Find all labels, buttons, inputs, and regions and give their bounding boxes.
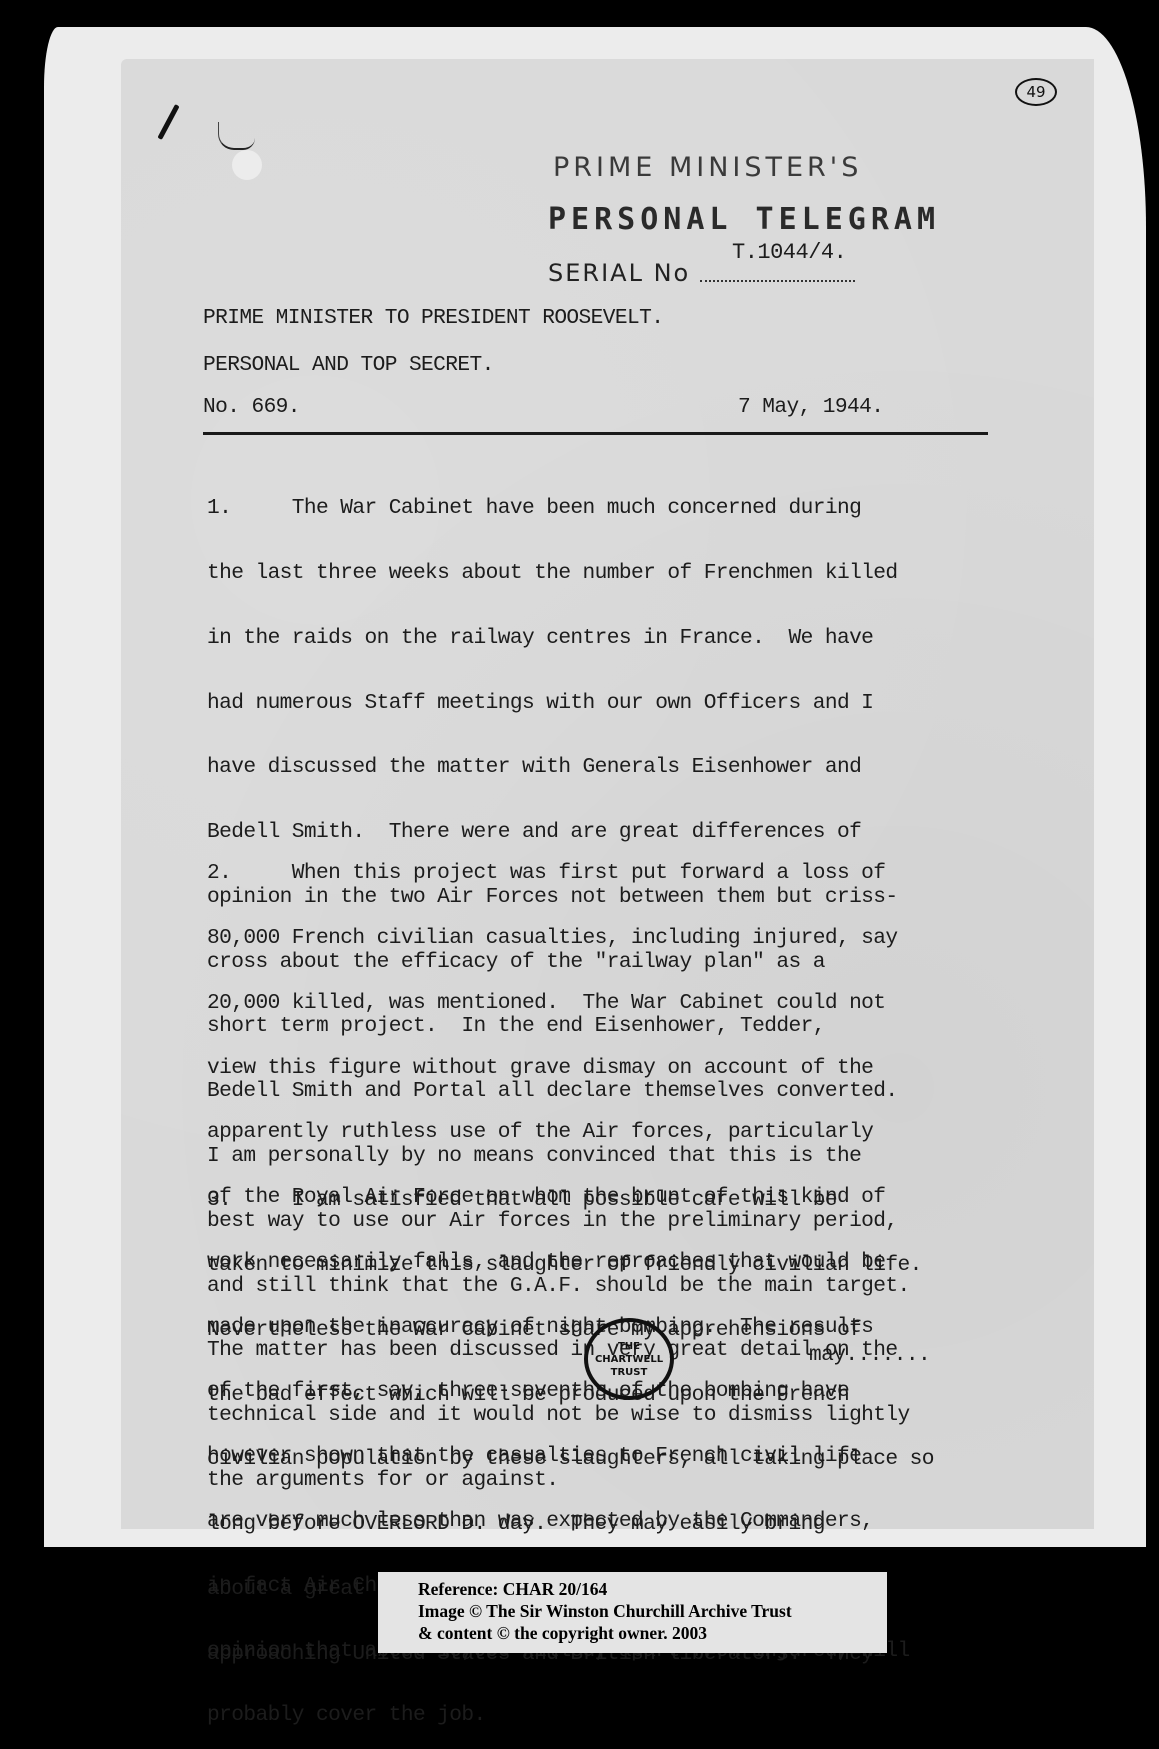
image-credit-text: Image © The Sir Winston Churchill Archiv… <box>418 1600 887 1622</box>
header-divider <box>203 432 988 435</box>
stamp-line: CHARTWELL <box>588 1353 670 1366</box>
telegram-date: 7 May, 1944. <box>738 395 883 419</box>
text-line: taken to minimize this slaughter of frie… <box>207 1255 934 1277</box>
serial-label: SERIAL No <box>548 259 690 287</box>
archive-caption: Reference: CHAR 20/164 Image © The Sir W… <box>378 1572 887 1653</box>
text-line: civilian population by these slaughters,… <box>207 1449 934 1471</box>
text-line: view this figure without grave dismay on… <box>207 1058 910 1080</box>
content-credit-text: & content © the copyright owner. 2003 <box>418 1622 887 1644</box>
text-line: 80,000 French civilian casualties, inclu… <box>207 928 910 950</box>
text-line: apparently ruthless use of the Air force… <box>207 1122 910 1144</box>
chartwell-trust-stamp: THE CHARTWELL TRUST <box>584 1318 674 1400</box>
reference-text: Reference: CHAR 20/164 <box>418 1578 887 1600</box>
telegram-number: No. 669. <box>203 395 300 419</box>
letterhead-title: PRIME MINISTER'S <box>553 152 862 183</box>
letterhead-subtitle: PERSONAL TELEGRAM <box>548 202 940 237</box>
stamp-line: TRUST <box>588 1366 670 1379</box>
text-line: 3. I am satisfied that all possible care… <box>207 1190 934 1212</box>
text-line: the bad effect which will be produced up… <box>207 1385 934 1407</box>
folio-number: 49 <box>1015 78 1057 106</box>
text-line: long before OVERLORD D. day. They may ea… <box>207 1514 934 1536</box>
text-line: 1. The War Cabinet have been much concer… <box>207 498 910 520</box>
serial-number: T.1044/4. <box>732 240 846 265</box>
text-line: the last three weeks about the number of… <box>207 563 910 585</box>
stamp-line: THE <box>588 1340 670 1353</box>
classification-line: PERSONAL AND TOP SECRET. <box>203 353 494 377</box>
text-line: Nevertheless the War Cabinet share my ap… <box>207 1320 934 1342</box>
text-line: had numerous Staff meetings with our own… <box>207 693 910 715</box>
continuation-catchword: may....... <box>809 1343 930 1367</box>
text-line: have discussed the matter with Generals … <box>207 757 910 779</box>
text-line: in the raids on the railway centres in F… <box>207 628 910 650</box>
text-line: 2. When this project was first put forwa… <box>207 863 910 885</box>
handwritten-mark <box>218 122 255 150</box>
punch-hole <box>232 150 262 180</box>
serial-dotted-line <box>700 266 855 282</box>
recipient-line: PRIME MINISTER TO PRESIDENT ROOSEVELT. <box>203 306 663 330</box>
text-line: 20,000 killed, was mentioned. The War Ca… <box>207 993 910 1015</box>
